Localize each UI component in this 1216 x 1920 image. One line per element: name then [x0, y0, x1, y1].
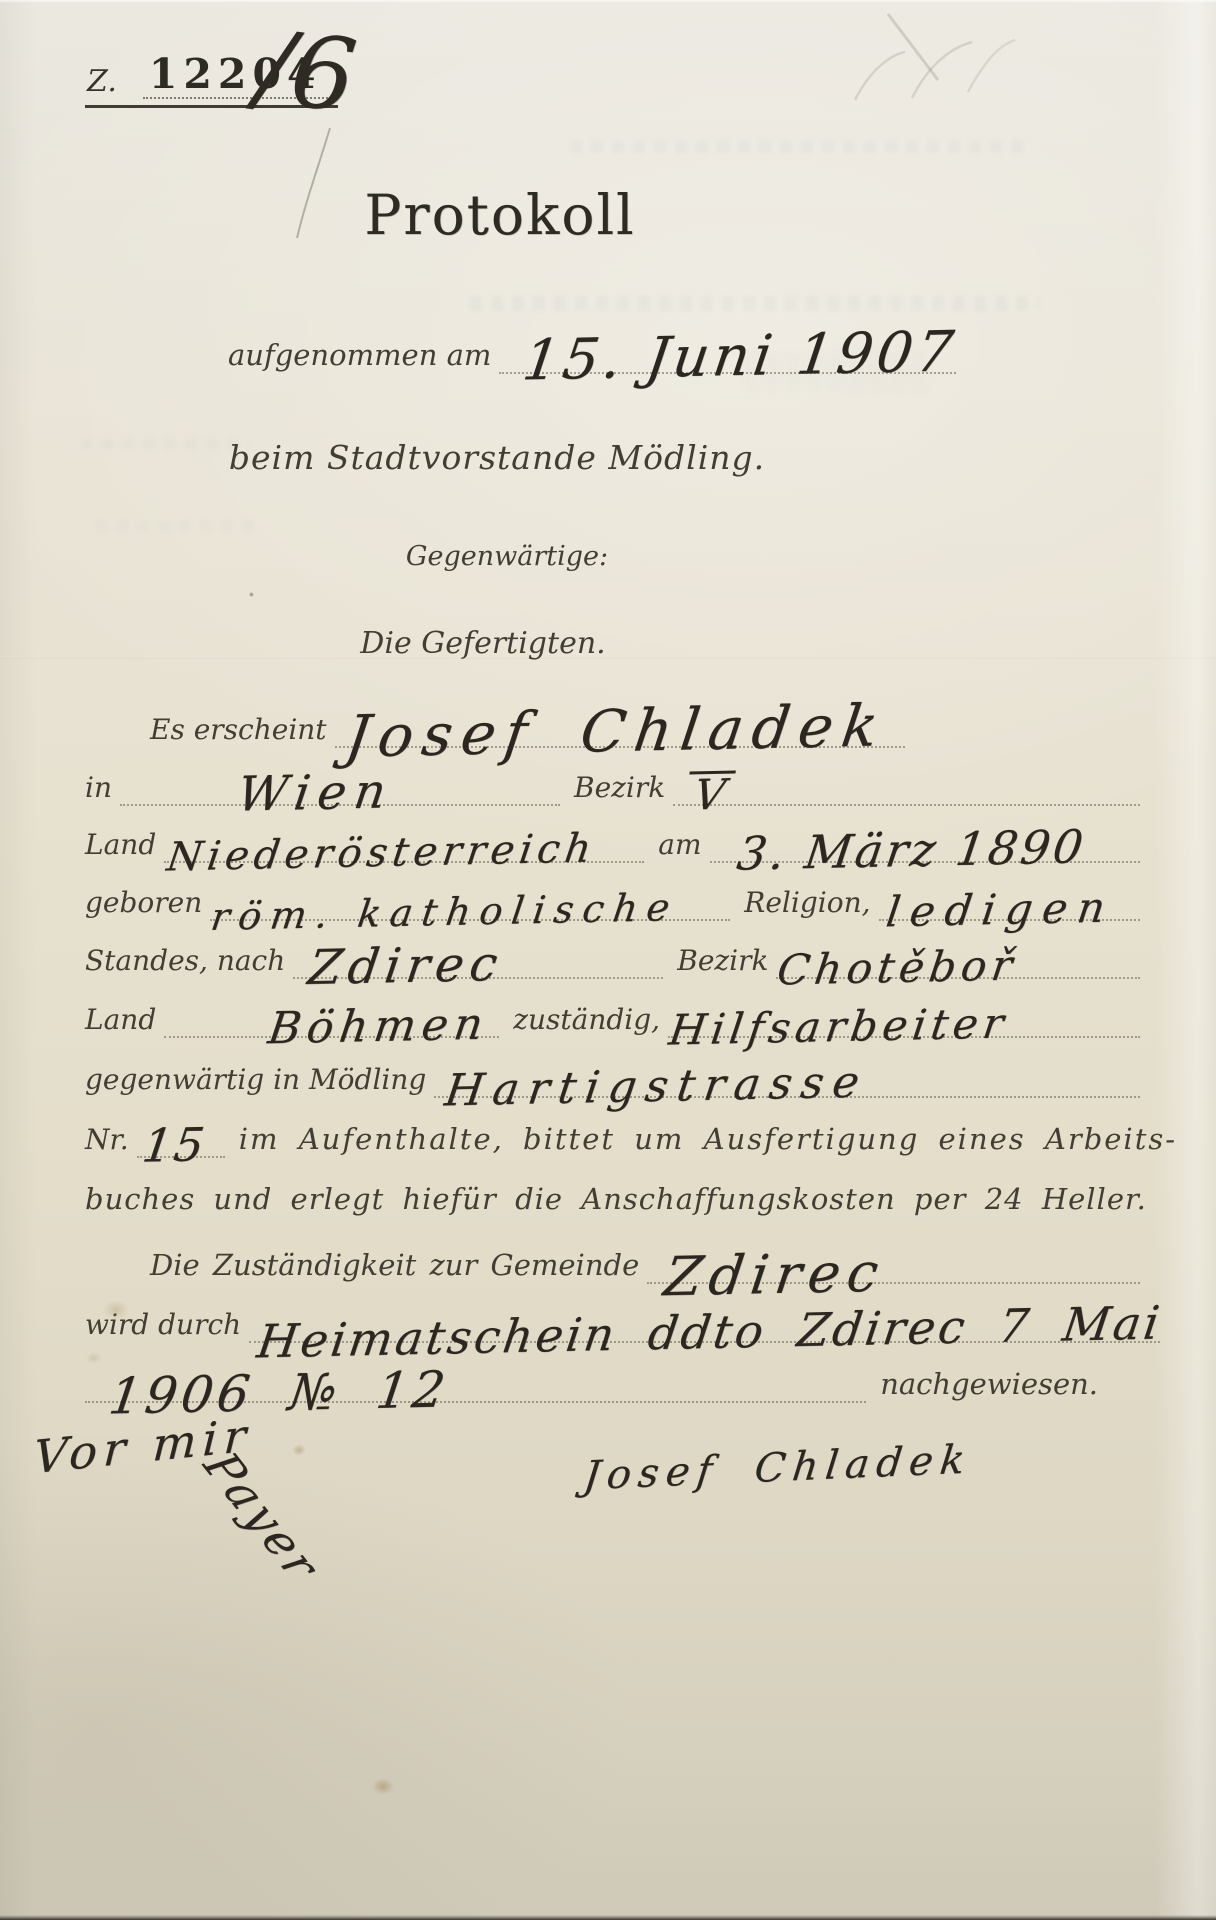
district2-label: Bezirk: [663, 944, 776, 979]
pencil-mark: [855, 52, 905, 100]
pencil-mark: [888, 14, 938, 80]
religion-pre-line: röm. katholische: [210, 863, 730, 921]
document-title: Protokoll: [364, 183, 635, 247]
status-district-row: Standes, nach Zdirec Bezirk Chotěboř: [85, 921, 1140, 979]
proof2-label: nachgewiesen.: [866, 1367, 1106, 1403]
land2-competent-row: Land Böhmen zuständig, Hilfsarbeiter: [85, 980, 1140, 1038]
proof-row: wird durch Heimatschein ddto Zdirec 7 Ma…: [85, 1285, 1140, 1343]
competent-label: zuständig,: [499, 1003, 668, 1038]
land1-label: Land: [85, 828, 164, 863]
number-line: 15: [137, 1100, 225, 1158]
proof-label: wird durch: [85, 1308, 249, 1343]
born-label: am: [644, 828, 709, 863]
ink-dot: [249, 592, 254, 597]
residence-label: gegenwärtig in Mödling: [85, 1063, 434, 1098]
place-label: in: [85, 771, 120, 806]
religion-pre-label: geboren: [85, 886, 210, 921]
residence-line: Hartigstrasse: [434, 1040, 1140, 1098]
fold-mark: [0, 656, 1216, 659]
land2-line: Böhmen: [164, 980, 499, 1038]
place-line: Wien: [120, 748, 560, 806]
competent-line: Hilfsarbeiter: [668, 980, 1140, 1038]
appears-line: Josef Chladek: [335, 690, 905, 748]
number-value: 15: [140, 1127, 208, 1165]
house-number-row: Nr. 15 im Aufenthalte, bittet um Ausfert…: [85, 1100, 1130, 1158]
appears-label: Es erscheint: [150, 713, 335, 748]
proof-line: Heimatschein ddto Zdirec 7 Mai: [249, 1285, 1160, 1343]
place-district-row: in Wien Bezirk V: [85, 748, 1140, 806]
born-line: 3. März 1890: [710, 805, 1141, 863]
date-value: 15. Juni 1907: [521, 331, 960, 385]
religion-label: Religion,: [730, 886, 878, 921]
signatories-heading: Die Gefertigten.: [360, 626, 605, 661]
municipality-label: Die Zuständigkeit zur Gemeinde: [150, 1248, 647, 1284]
annotation-tail-stroke: [297, 128, 330, 238]
fee-text-line: buches und erlegt hiefür die Anschaffung…: [85, 1182, 1147, 1216]
proof2-line: 1906 № 12: [85, 1345, 866, 1403]
residence-row: gegenwärtig in Mödling Hartigstrasse: [85, 1040, 1140, 1098]
district1-line: V: [673, 748, 1140, 806]
proof2-row: 1906 № 12 nachgewiesen.: [85, 1345, 1106, 1403]
witness-signature-name: Payer: [199, 1448, 325, 1585]
reference-z-label: Z.: [87, 64, 117, 99]
number-rest-text: im Aufenthalte, bittet um Ausfertigung e…: [225, 1122, 1185, 1158]
district2-line: Chotěboř: [776, 921, 1140, 979]
date-row: aufgenommen am 15. Juni 1907: [228, 300, 900, 374]
scanned-protokoll-document: Z. 12204 /6 Protokoll aufgenommen am 15.…: [0, 0, 1216, 1920]
pencil-mark: [968, 40, 1015, 92]
bleedthrough-stamp: [80, 438, 250, 450]
authority-line: beim Stadtvorstande Mödling.: [229, 438, 765, 477]
municipality-row: Die Zuständigkeit zur Gemeinde Zdirec: [150, 1222, 1140, 1284]
paper-bottom-edge: [0, 1915, 1216, 1920]
paper-stain: [372, 1778, 394, 1795]
reference-handwritten-annotation: /6: [252, 16, 361, 127]
appears-row: Es erscheint Josef Chladek: [150, 690, 905, 748]
district1-label: Bezirk: [560, 771, 673, 806]
date-row-label: aufgenommen am: [228, 338, 499, 374]
land1-line: Niederösterreich: [164, 805, 644, 863]
proof2-value: 1906 № 12: [107, 1369, 452, 1416]
status-line: Zdirec: [293, 921, 663, 979]
date-row-line: 15. Juni 1907: [499, 300, 956, 374]
municipality-line: Zdirec: [647, 1222, 1140, 1284]
bleedthrough-stamp: [95, 520, 255, 532]
paper-top-edge: [0, 0, 1216, 3]
present-heading: Gegenwärtige:: [406, 541, 608, 572]
religion-line: ledigen: [879, 863, 1141, 921]
land2-label: Land: [85, 1003, 164, 1038]
religion-row: geboren röm. katholische Religion, ledig…: [85, 863, 1140, 921]
number-label: Nr.: [85, 1123, 137, 1158]
paper-stain: [292, 1444, 306, 1456]
bleedthrough-text-line: [570, 140, 1030, 153]
applicant-signature: Josef Chladek: [582, 1444, 973, 1493]
land-born-row: Land Niederösterreich am 3. März 1890: [85, 805, 1140, 863]
status-label: Standes, nach: [85, 944, 293, 979]
pencil-mark: [912, 42, 972, 98]
